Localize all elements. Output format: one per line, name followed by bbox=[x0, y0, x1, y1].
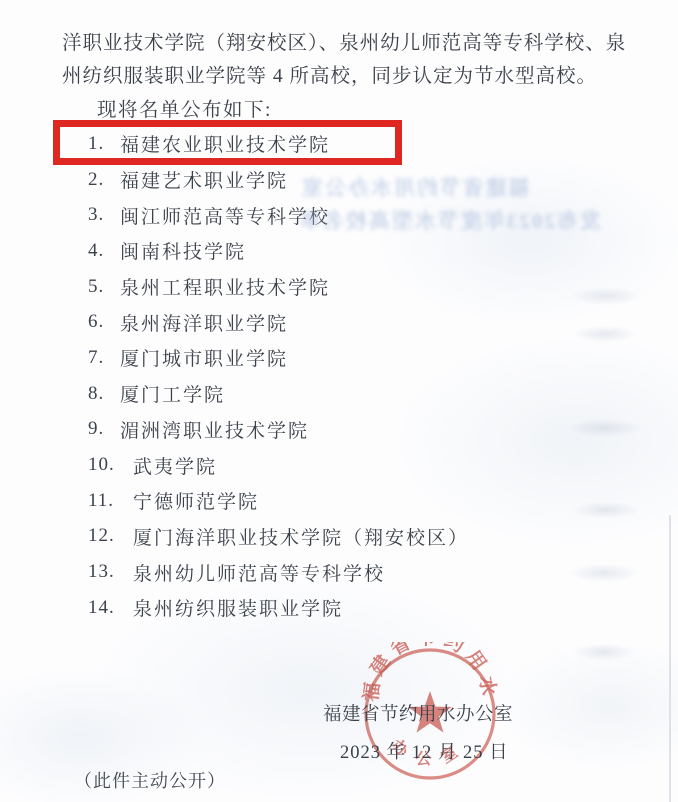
list-item-number: 3. bbox=[88, 204, 120, 226]
scan-artifact bbox=[560, 640, 648, 664]
paragraph-line-1: 洋职业技术学院（翔安校区）、泉州幼儿师范高等专科学校、泉 bbox=[62, 27, 642, 51]
list-item-number: 10. bbox=[88, 454, 133, 476]
list-item-number: 2. bbox=[88, 169, 120, 191]
list-item-number: 7. bbox=[88, 347, 120, 369]
list-item-number: 13. bbox=[88, 561, 133, 583]
list-item-name: 厦门工学院 bbox=[120, 380, 225, 407]
signature-org: 福建省节约用水办公室 bbox=[323, 700, 513, 726]
list-item-name: 泉州海洋职业学院 bbox=[120, 309, 288, 336]
list-item-number: 9. bbox=[88, 418, 120, 440]
list-item: 4. 闽南科技学院 bbox=[0, 233, 640, 269]
list-intro: 现将名单公布如下: bbox=[97, 94, 272, 122]
list-item-number: 6. bbox=[88, 311, 120, 333]
list-item: 12. 厦门海洋职业技术学院（翔安校区） bbox=[0, 519, 640, 555]
list-item-name: 泉州纺织服装职业学院 bbox=[133, 594, 343, 621]
list-item: 8. 厦门工学院 bbox=[0, 376, 640, 412]
list-item: 13. 泉州幼儿师范高等专科学校 bbox=[0, 554, 640, 590]
list-item-number: 8. bbox=[88, 383, 120, 405]
list-item: 14. 泉州纺织服装职业学院 bbox=[0, 590, 640, 626]
list-item: 5. 泉州工程职业技术学院 bbox=[0, 269, 640, 305]
list-item: 11. 宁德师范学院 bbox=[0, 483, 640, 519]
list-item-number: 11. bbox=[88, 490, 133, 512]
bleedthrough-text-line2: 发布2023年度节水型高校名单 bbox=[298, 205, 601, 235]
paper-edge-line bbox=[669, 515, 671, 802]
list-item-name: 武夷学院 bbox=[133, 452, 217, 479]
list-item-name: 泉州工程职业技术学院 bbox=[120, 273, 330, 300]
list-item-number: 12. bbox=[88, 525, 133, 547]
list-item-name: 宁德师范学院 bbox=[133, 487, 259, 514]
list-item-number: 5. bbox=[88, 276, 120, 298]
list-item: 1. 福建农业职业技术学院 bbox=[0, 126, 640, 162]
signature-date: 2023 年 12 月 25 日 bbox=[340, 738, 509, 764]
list-item: 10. 武夷学院 bbox=[0, 447, 640, 483]
list-item-number: 1. bbox=[88, 133, 120, 155]
list-item: 9. 湄洲湾职业技术学院 bbox=[0, 412, 640, 448]
list-item-name: 泉州幼儿师范高等专科学校 bbox=[133, 559, 385, 586]
list-item-number: 14. bbox=[88, 597, 133, 619]
paragraph-line-2: 州纺织服装职业学院等 4 所高校，同步认定为节水型高校。 bbox=[62, 60, 642, 84]
footer-note: （此件主动公开） bbox=[74, 767, 226, 793]
list-item: 7. 厦门城市职业学院 bbox=[0, 340, 640, 376]
list-item-name: 厦门海洋职业技术学院（翔安校区） bbox=[133, 523, 469, 550]
list-item-number: 4. bbox=[88, 240, 120, 262]
list-item: 6. 泉州海洋职业学院 bbox=[0, 304, 640, 340]
list-item-name: 福建艺术职业学院 bbox=[120, 166, 288, 193]
list-item-name: 湄洲湾职业技术学院 bbox=[120, 416, 309, 443]
bleedthrough-text-line1: 福建省节约用水办公室 bbox=[300, 172, 530, 202]
list-item-name: 福建农业职业技术学院 bbox=[120, 130, 330, 157]
list-item-name: 闽南科技学院 bbox=[120, 237, 246, 264]
list-item-name: 厦门城市职业学院 bbox=[120, 344, 288, 371]
